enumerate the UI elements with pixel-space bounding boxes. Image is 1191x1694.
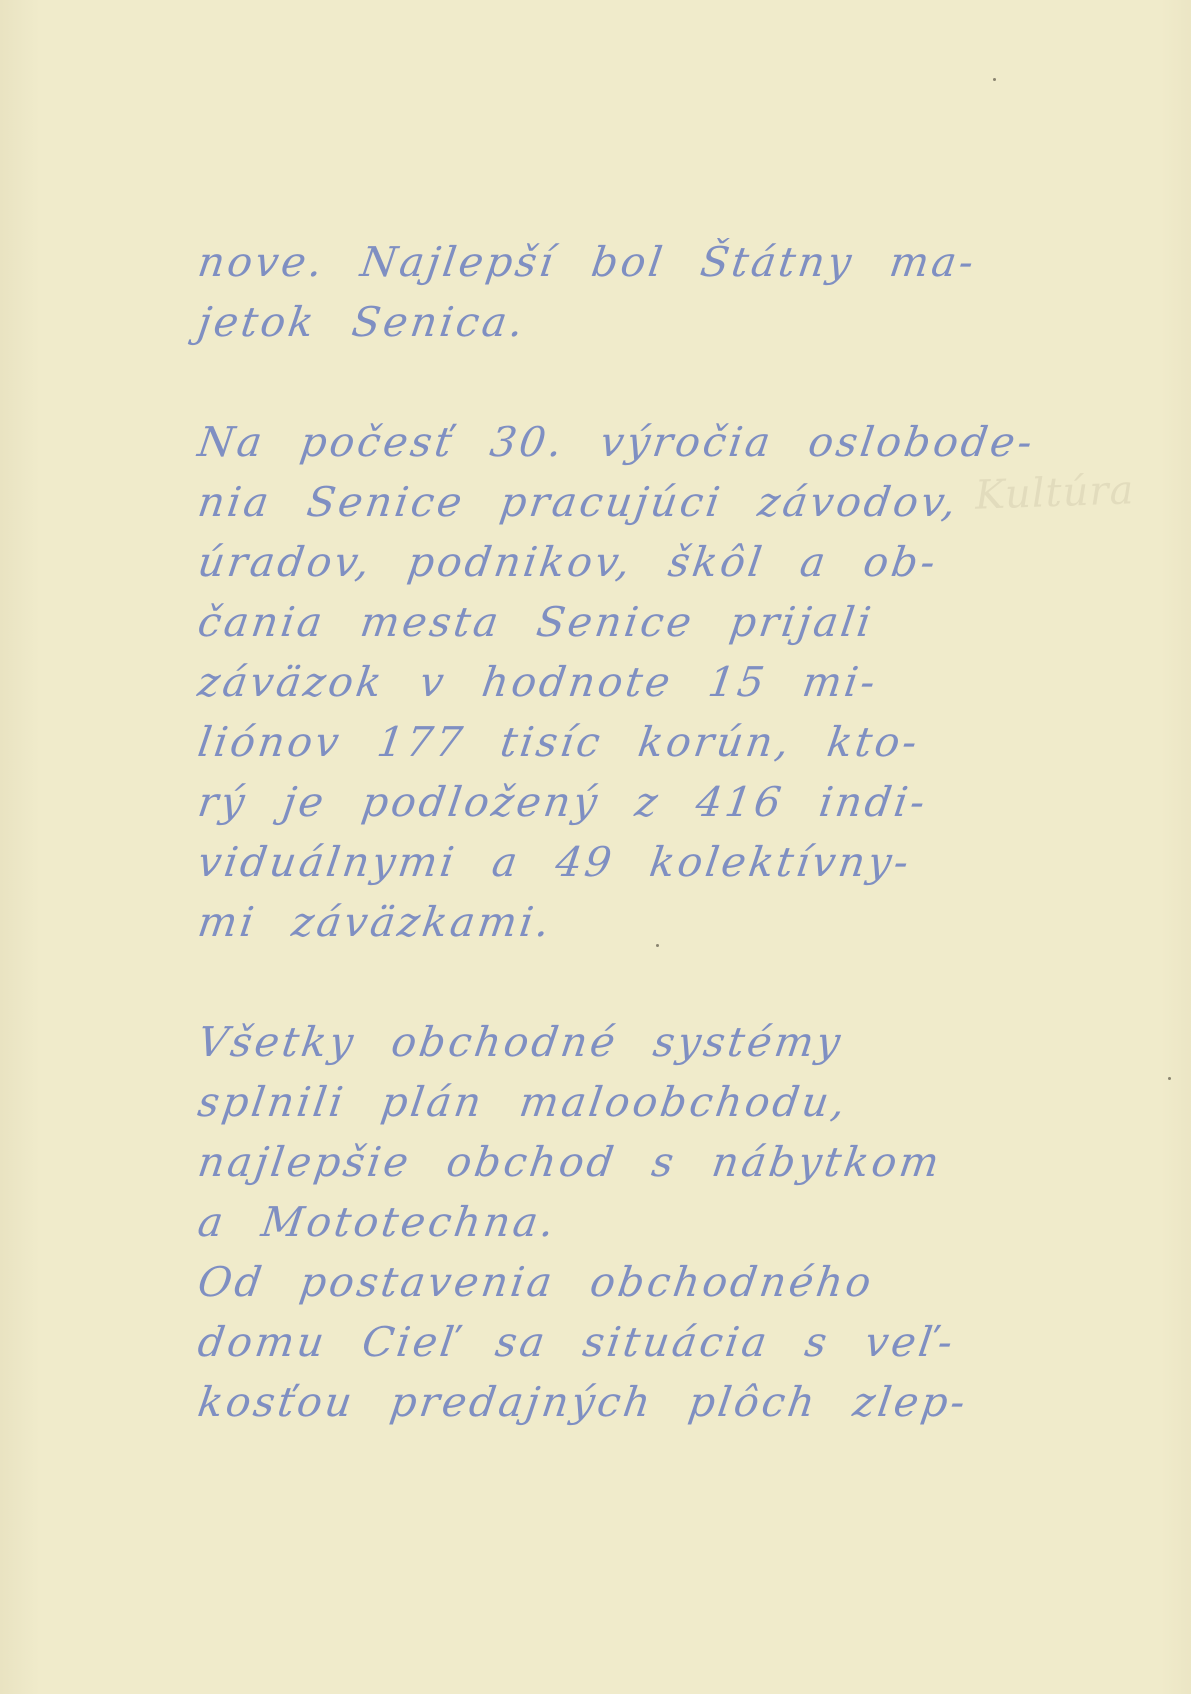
paper-speck xyxy=(1168,1077,1171,1080)
paper-speck xyxy=(656,944,659,947)
text-line: Všetky obchodné systémy xyxy=(195,1018,846,1066)
text-line: viduálnymi a 49 kolektívny- xyxy=(195,838,914,886)
text-line: jetok Senica. xyxy=(195,298,529,346)
text-line: mi záväzkami. xyxy=(195,898,555,946)
text-line: liónov 177 tisíc korún, kto- xyxy=(195,718,923,766)
text-line: najlepšie obchod s nábytkom xyxy=(195,1138,945,1186)
text-line: čania mesta Senice prijali xyxy=(195,598,877,646)
text-line: domu Cieľ sa situácia s veľ- xyxy=(195,1318,959,1366)
text-line: splnili plán maloobchodu, xyxy=(195,1078,851,1126)
text-line: a Mototechna. xyxy=(195,1198,560,1246)
text-line: kosťou predajných plôch zlep- xyxy=(195,1378,971,1426)
text-line: úradov, podnikov, škôl a ob- xyxy=(195,538,941,586)
text-line: záväzok v hodnote 15 mi- xyxy=(195,658,881,706)
paper-speck xyxy=(993,78,996,81)
chronicle-page: Kultúra nove. Najlepší bol Štátny ma- je… xyxy=(0,0,1191,1694)
bleed-through-text: Kultúra xyxy=(974,467,1135,519)
text-line: nove. Najlepší bol Štátny ma- xyxy=(195,238,980,286)
text-line: rý je podložený z 416 indi- xyxy=(195,778,931,826)
text-line: Od postavenia obchodného xyxy=(195,1258,877,1306)
text-line: Na počesť 30. výročia oslobode- xyxy=(195,418,1038,466)
text-line: nia Senice pracujúci závodov, xyxy=(195,478,962,526)
